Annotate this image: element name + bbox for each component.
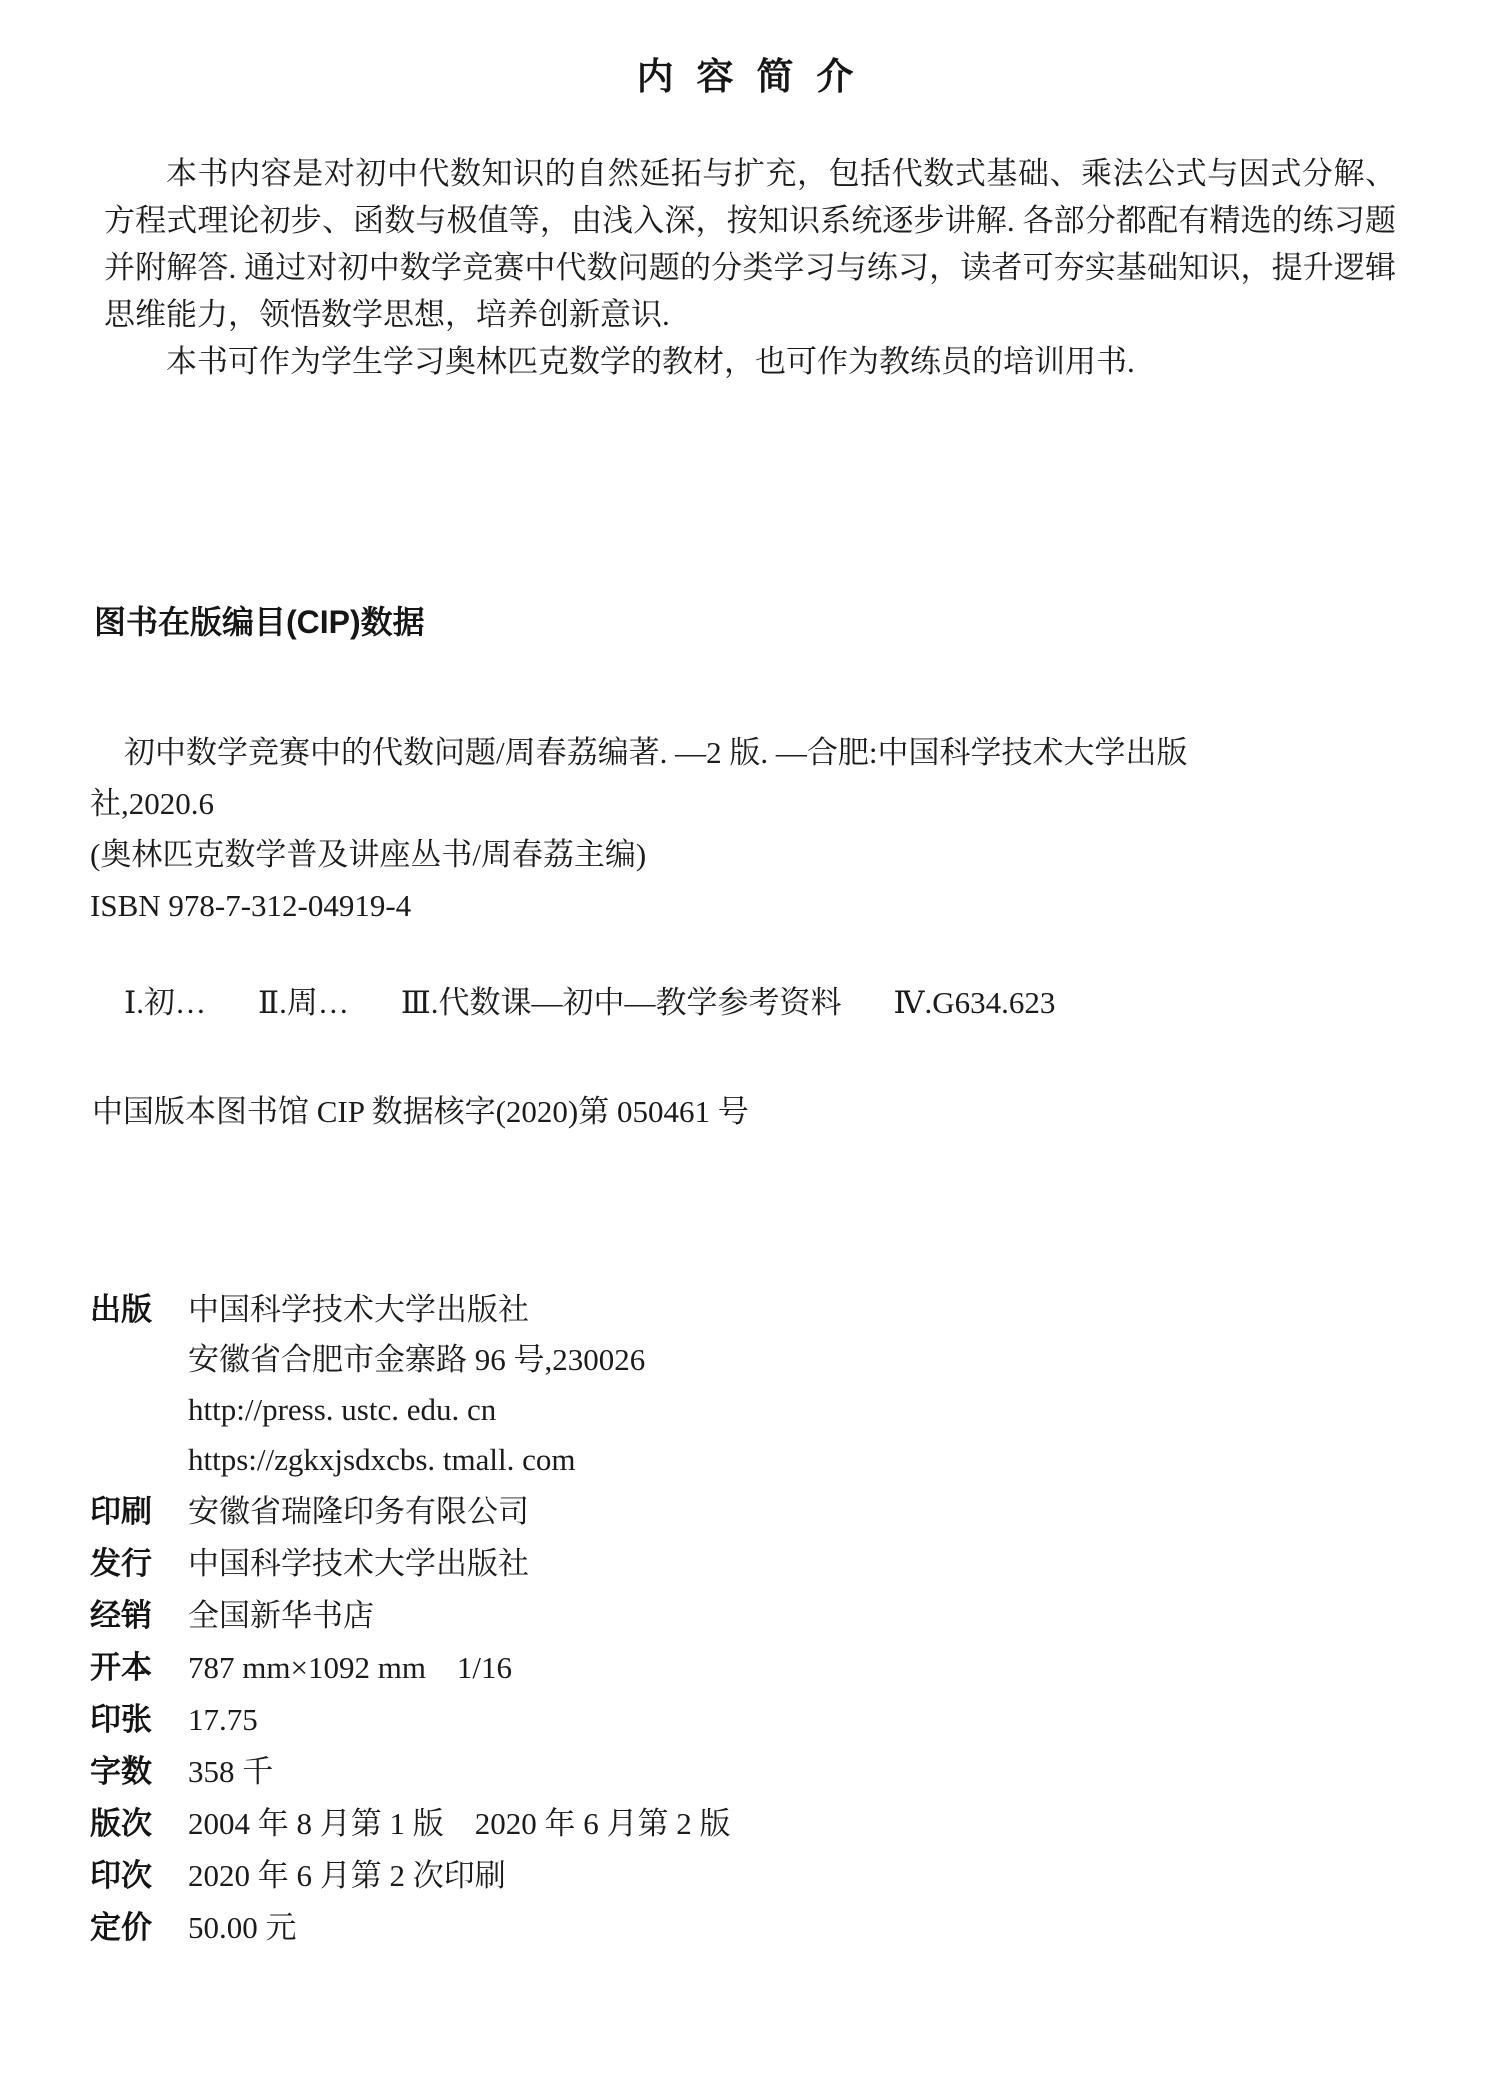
publisher-name: 中国科学技术大学出版社 [188,1285,1400,1335]
pub-label-price: 定价 [90,1903,154,1953]
pub-label-edition: 版次 [90,1799,154,1849]
cip-class-item-1: Ⅰ.初… [124,977,206,1028]
seller-name: 全国新华书店 [188,1598,374,1633]
pub-label-publisher: 出版 [90,1285,154,1335]
edition-value: 2004 年 8 月第 1 版 2020 年 6 月第 2 版 [188,1806,731,1841]
pub-value-publisher: 中国科学技术大学出版社 安徽省合肥市金寨路 96 号,230026 http:/… [188,1285,1400,1485]
pub-row-wordcount: 字数 358 千 [90,1747,1400,1797]
cip-class-item-3: Ⅲ.代数课—初中—教学参考资料 [401,977,842,1028]
cip-entry-line-1: 初中数学竞赛中的代数问题/周春荔编著. —2 版. —合肥:中国科学技术大学出版 [90,727,1400,778]
format-value: 787 mm×1092 mm 1/16 [188,1650,512,1685]
pub-label-printer: 印刷 [90,1487,154,1537]
impression-value: 2020 年 6 月第 2 次印刷 [188,1858,506,1893]
cip-isbn: ISBN 978-7-312-04919-4 [90,880,1400,931]
cip-block: 初中数学竞赛中的代数问题/周春荔编著. —2 版. —合肥:中国科学技术大学出版… [90,727,1400,1137]
book-copyright-page: 内容简介 本书内容是对初中代数知识的自然延拓与扩充，包括代数式基础、乘法公式与因… [0,0,1500,2094]
publisher-url-http: http://press. ustc. edu. cn [188,1385,1400,1435]
cip-classification-line: Ⅰ.初… Ⅱ.周… Ⅲ.代数课—初中—教学参考资料 Ⅳ.G634.623 [124,977,1400,1028]
intro-section: 本书内容是对初中代数知识的自然延拓与扩充，包括代数式基础、乘法公式与因式分解、方… [104,150,1396,385]
intro-paragraph-2: 本书可作为学生学习奥林匹克数学的教材，也可作为教练员的培训用书. [104,338,1396,385]
page-title: 内容简介 [90,46,1400,100]
printer-name: 安徽省瑞隆印务有限公司 [188,1494,529,1529]
pub-label-impression: 印次 [90,1851,154,1901]
pub-label-sheets: 印张 [90,1695,154,1745]
pub-row-publisher: 出版 中国科学技术大学出版社 安徽省合肥市金寨路 96 号,230026 htt… [90,1285,1400,1485]
pub-label-format: 开本 [90,1643,154,1693]
pub-row-seller: 经销 全国新华书店 [90,1591,1400,1641]
pub-row-price: 定价 50.00 元 [90,1903,1400,1953]
pub-label-distributor: 发行 [90,1539,154,1589]
publisher-address: 安徽省合肥市金寨路 96 号,230026 [188,1335,1400,1385]
pub-row-sheets: 印张 17.75 [90,1695,1400,1745]
wordcount-value: 358 千 [188,1754,273,1789]
cip-class-item-2: Ⅱ.周… [258,977,349,1028]
pub-row-edition: 版次 2004 年 8 月第 1 版 2020 年 6 月第 2 版 [90,1799,1400,1849]
sheets-value: 17.75 [188,1702,258,1737]
cip-class-item-4: Ⅳ.G634.623 [893,977,1055,1028]
cip-record-number: 中国版本图书馆 CIP 数据核字(2020)第 050461 号 [92,1086,1400,1137]
pub-row-format: 开本 787 mm×1092 mm 1/16 [90,1643,1400,1693]
distributor-name: 中国科学技术大学出版社 [188,1546,529,1581]
intro-paragraph-1: 本书内容是对初中代数知识的自然延拓与扩充，包括代数式基础、乘法公式与因式分解、方… [104,150,1396,338]
price-value: 50.00 元 [188,1910,297,1945]
cip-series-note: (奥林匹克数学普及讲座丛书/周春荔主编) [90,829,1400,880]
pub-label-wordcount: 字数 [90,1747,154,1797]
pub-label-seller: 经销 [90,1591,154,1641]
pub-row-printer: 印刷 安徽省瑞隆印务有限公司 [90,1487,1400,1537]
cip-entry-line-2: 社,2020.6 [90,778,1400,829]
pub-row-impression: 印次 2020 年 6 月第 2 次印刷 [90,1851,1400,1901]
cip-heading: 图书在版编目(CIP)数据 [94,597,1400,643]
publication-info: 出版 中国科学技术大学出版社 安徽省合肥市金寨路 96 号,230026 htt… [90,1285,1400,1953]
publisher-url-tmall: https://zgkxjsdxcbs. tmall. com [188,1435,1400,1485]
pub-row-distributor: 发行 中国科学技术大学出版社 [90,1539,1400,1589]
